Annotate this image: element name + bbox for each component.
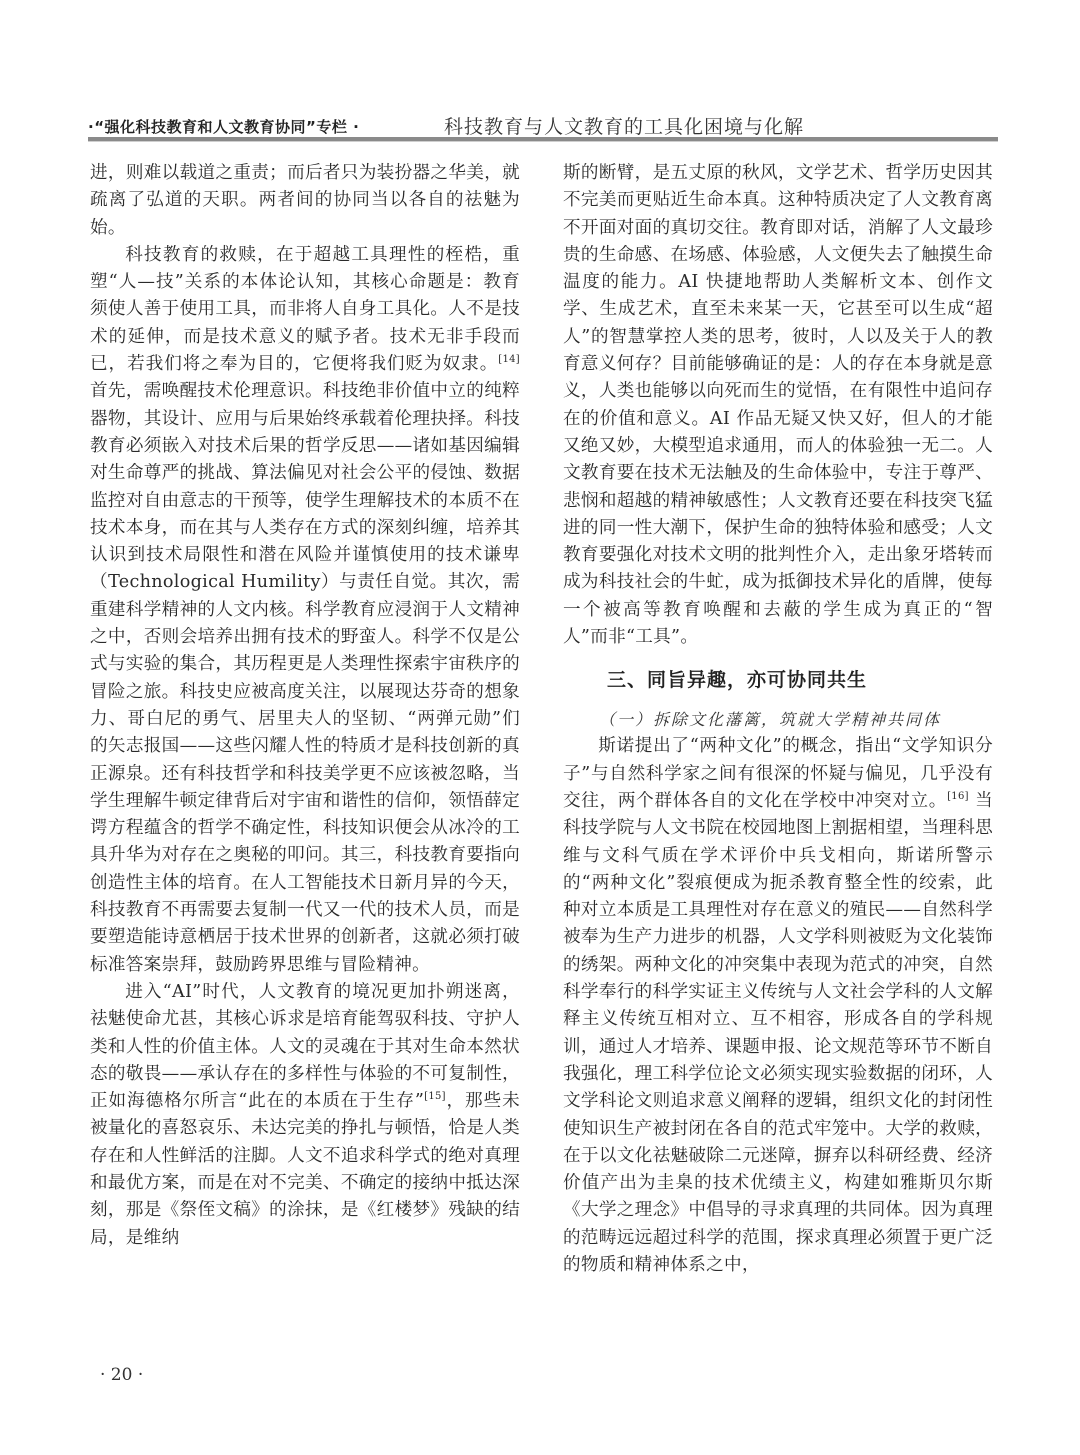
section-heading: 三、同旨异趣，亦可协同共生 — [563, 667, 993, 694]
paragraph: 科技教育的救赎，在于超越工具理性的桎梏，重塑“人—技”关系的本体论认知，其核心命… — [90, 242, 520, 979]
subsection-heading: （一）拆除文化藩篱，筑就大学精神共同体 — [563, 706, 993, 733]
paragraph: 进入“AI”时代，人文教育的境况更加扑朔迷离，祛魅使命尤甚，其核心诉求是培育能驾… — [90, 979, 520, 1252]
running-title: 科技教育与人文教育的工具化困境与化解 — [444, 112, 804, 139]
page-number: · 20 · — [100, 1365, 143, 1385]
right-column: 斯的断臂，是五丈原的秋风，文学艺术、哲学历史因其不完美而更贴近生命本真。这种特质… — [563, 160, 993, 1279]
column-tag: ·“强化科技教育和人文教育协同”专栏 · — [88, 116, 359, 137]
citation-ref[interactable]: [15] — [424, 1091, 446, 1102]
left-column: 进，则难以载道之重责；而后者只为装扮器之华美，就疏离了弘道的天职。两者间的协同当… — [90, 160, 520, 1252]
citation-ref[interactable]: [14] — [498, 354, 520, 365]
paragraph: 进，则难以载道之重责；而后者只为装扮器之华美，就疏离了弘道的天职。两者间的协同当… — [90, 160, 520, 242]
paragraph: 斯的断臂，是五丈原的秋风，文学艺术、哲学历史因其不完美而更贴近生命本真。这种特质… — [563, 160, 993, 651]
paragraph: 斯诺提出了“两种文化”的概念，指出“文学知识分子”与自然科学家之间有很深的怀疑与… — [563, 733, 993, 1279]
header-divider — [88, 137, 998, 142]
citation-ref[interactable]: [16] — [947, 791, 969, 802]
